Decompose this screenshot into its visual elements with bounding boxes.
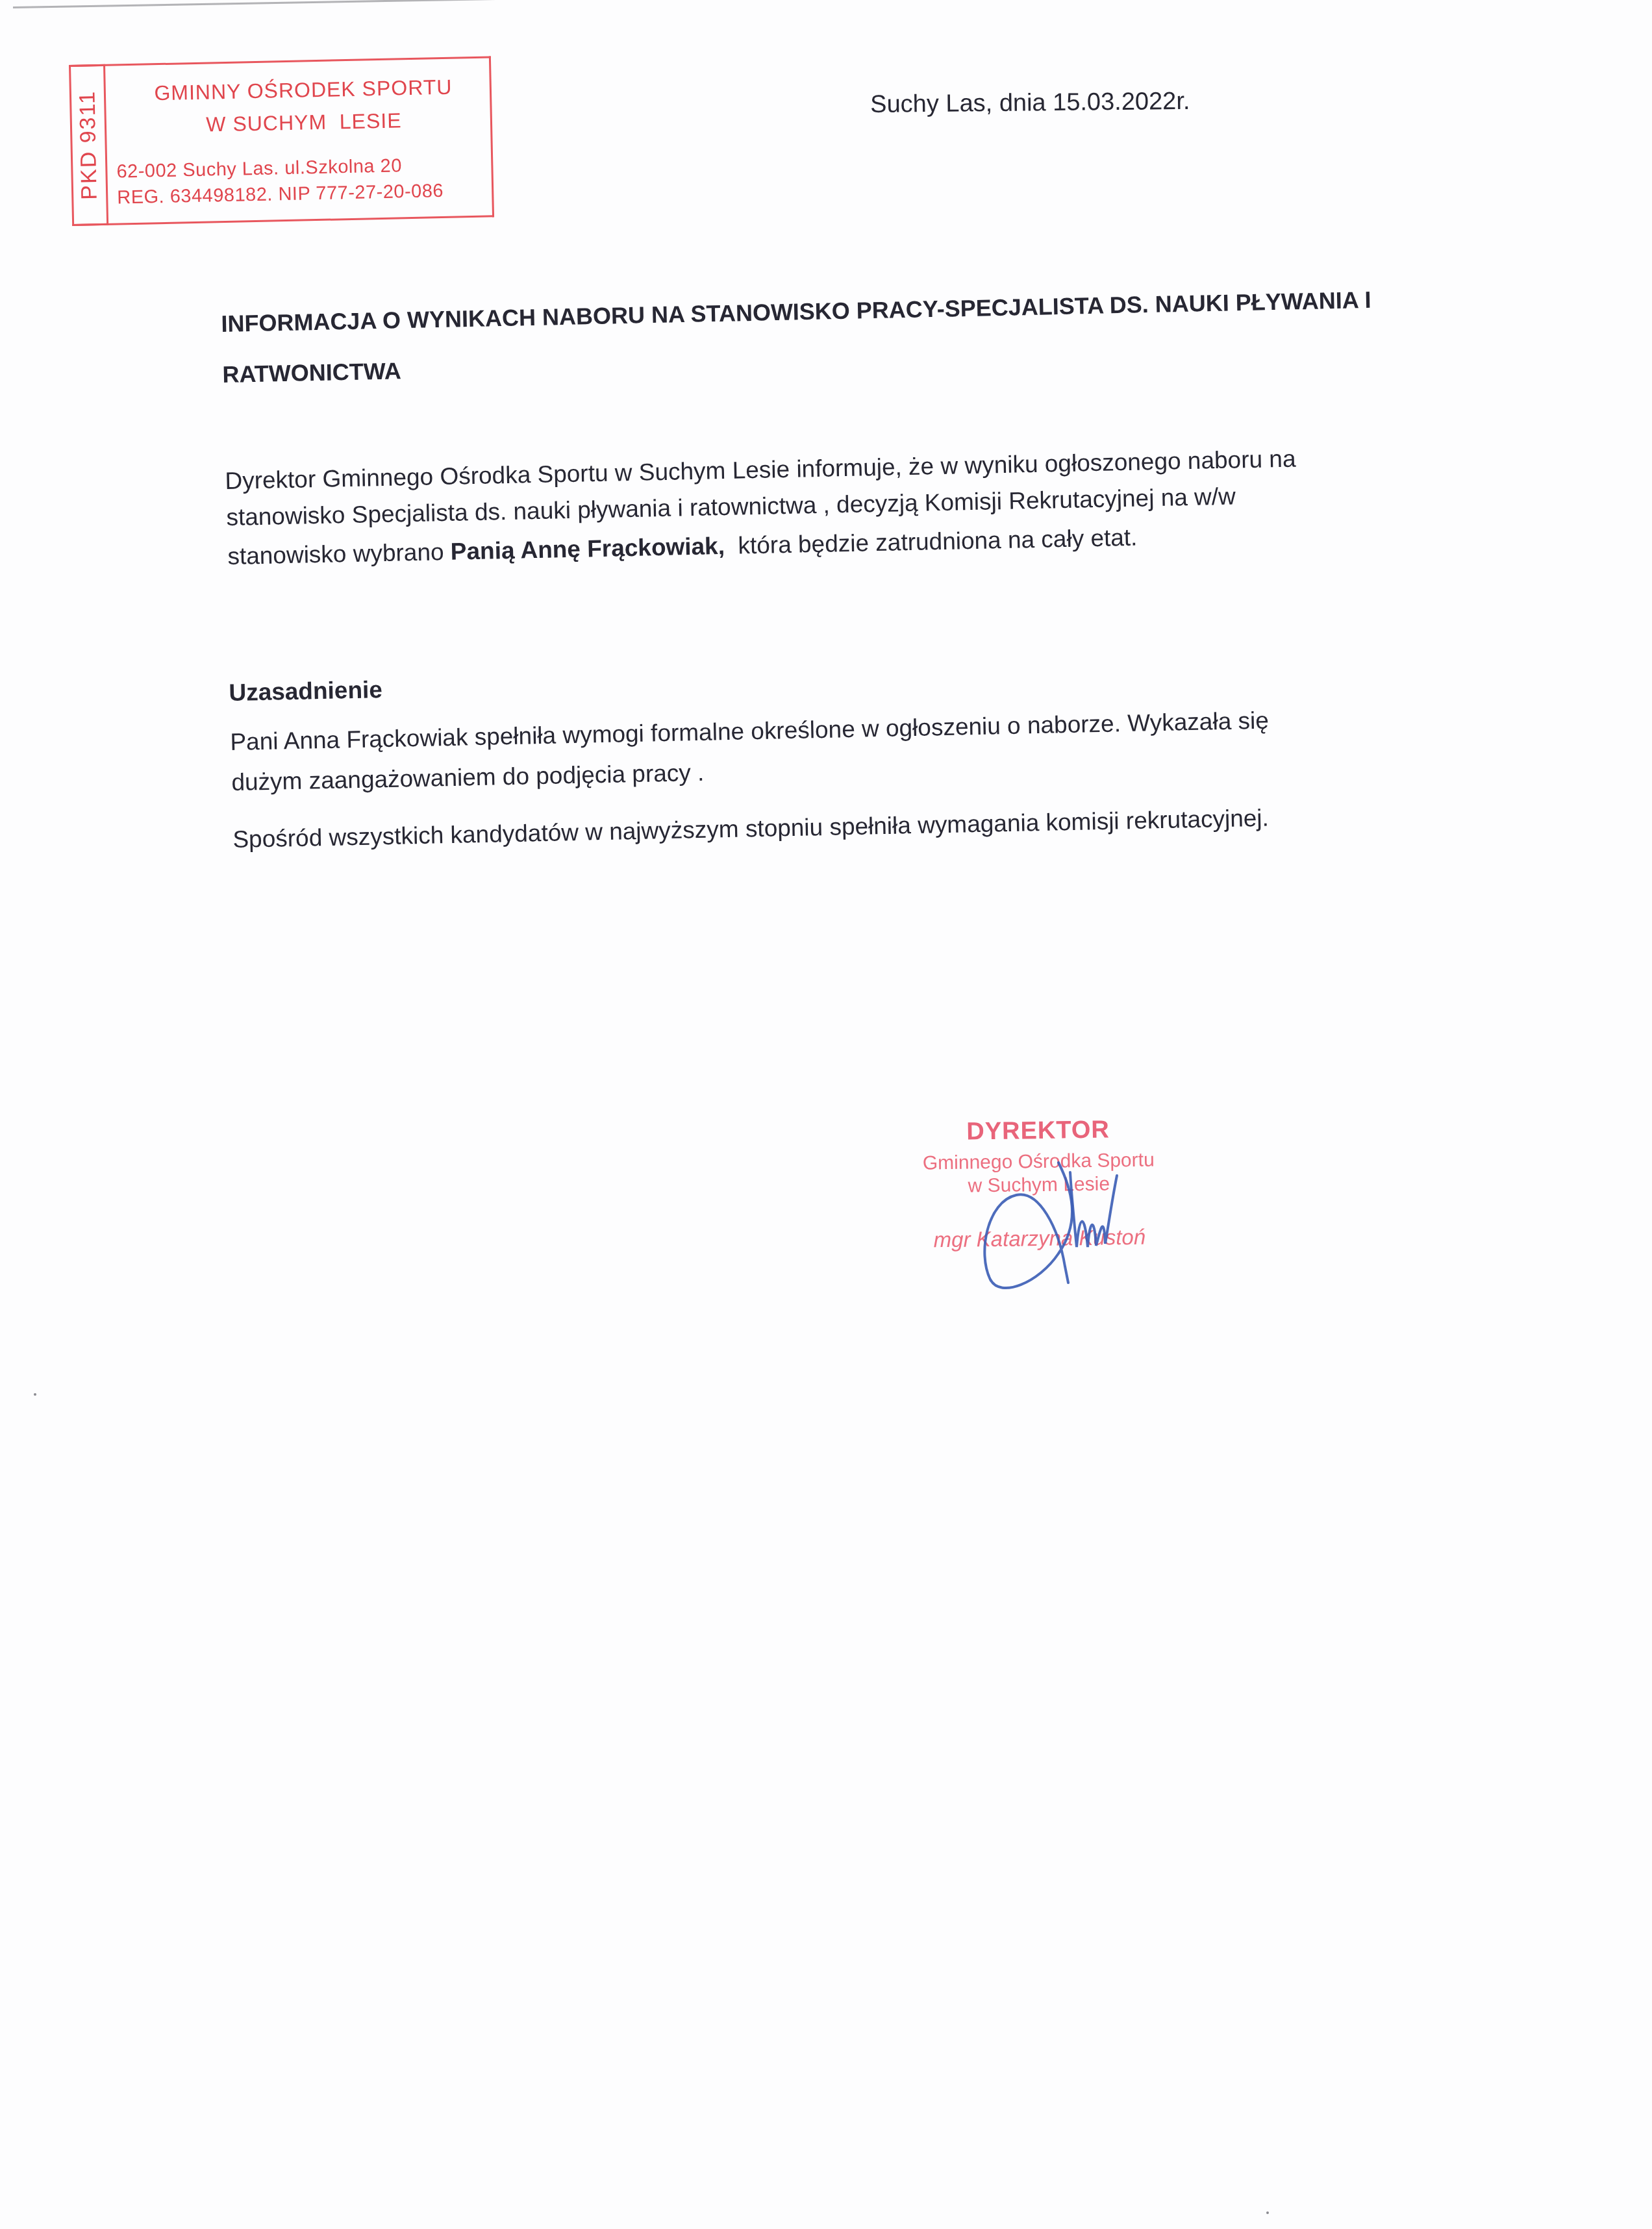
paragraph-3: Spośród wszystkich kandydatów w najwyższ…	[232, 805, 1269, 853]
director-title: DYREKTOR	[901, 1115, 1175, 1147]
paragraph-2-line-1: Pani Anna Frąckowiak spełniła wymogi for…	[230, 707, 1269, 755]
text-prefix: stanowisko wybrano	[227, 538, 451, 570]
handwritten-signature	[961, 1150, 1208, 1305]
selected-candidate-name: Panią Annę Frąckowiak,	[450, 533, 725, 565]
text-suffix: która będzie zatrudniona na cały etat.	[725, 524, 1138, 559]
date-line: Suchy Las, dnia 15.03.2022r.	[870, 88, 1190, 119]
paragraph-2-line-2: dużym zaangażowaniem do podjęcia pracy .	[231, 759, 705, 796]
justification-heading: Uzasadnienie	[229, 676, 382, 707]
document-title-line-2: RATWONICTWA	[222, 357, 401, 388]
document-title-line-1: INFORMACJA O WYNIKACH NABORU NA STANOWIS…	[221, 286, 1371, 338]
paragraph-1-line-3: stanowisko wybrano Panią Annę Frąckowiak…	[227, 524, 1138, 570]
company-stamp: PKD 9311 GMINNY OŚRODEK SPORTU W SUCHYM …	[69, 56, 494, 226]
stamp-pkd-code: PKD 9311	[75, 90, 103, 200]
scan-speck	[1266, 2211, 1269, 2214]
scan-edge-line	[13, 0, 695, 8]
scan-speck	[34, 1393, 36, 1396]
